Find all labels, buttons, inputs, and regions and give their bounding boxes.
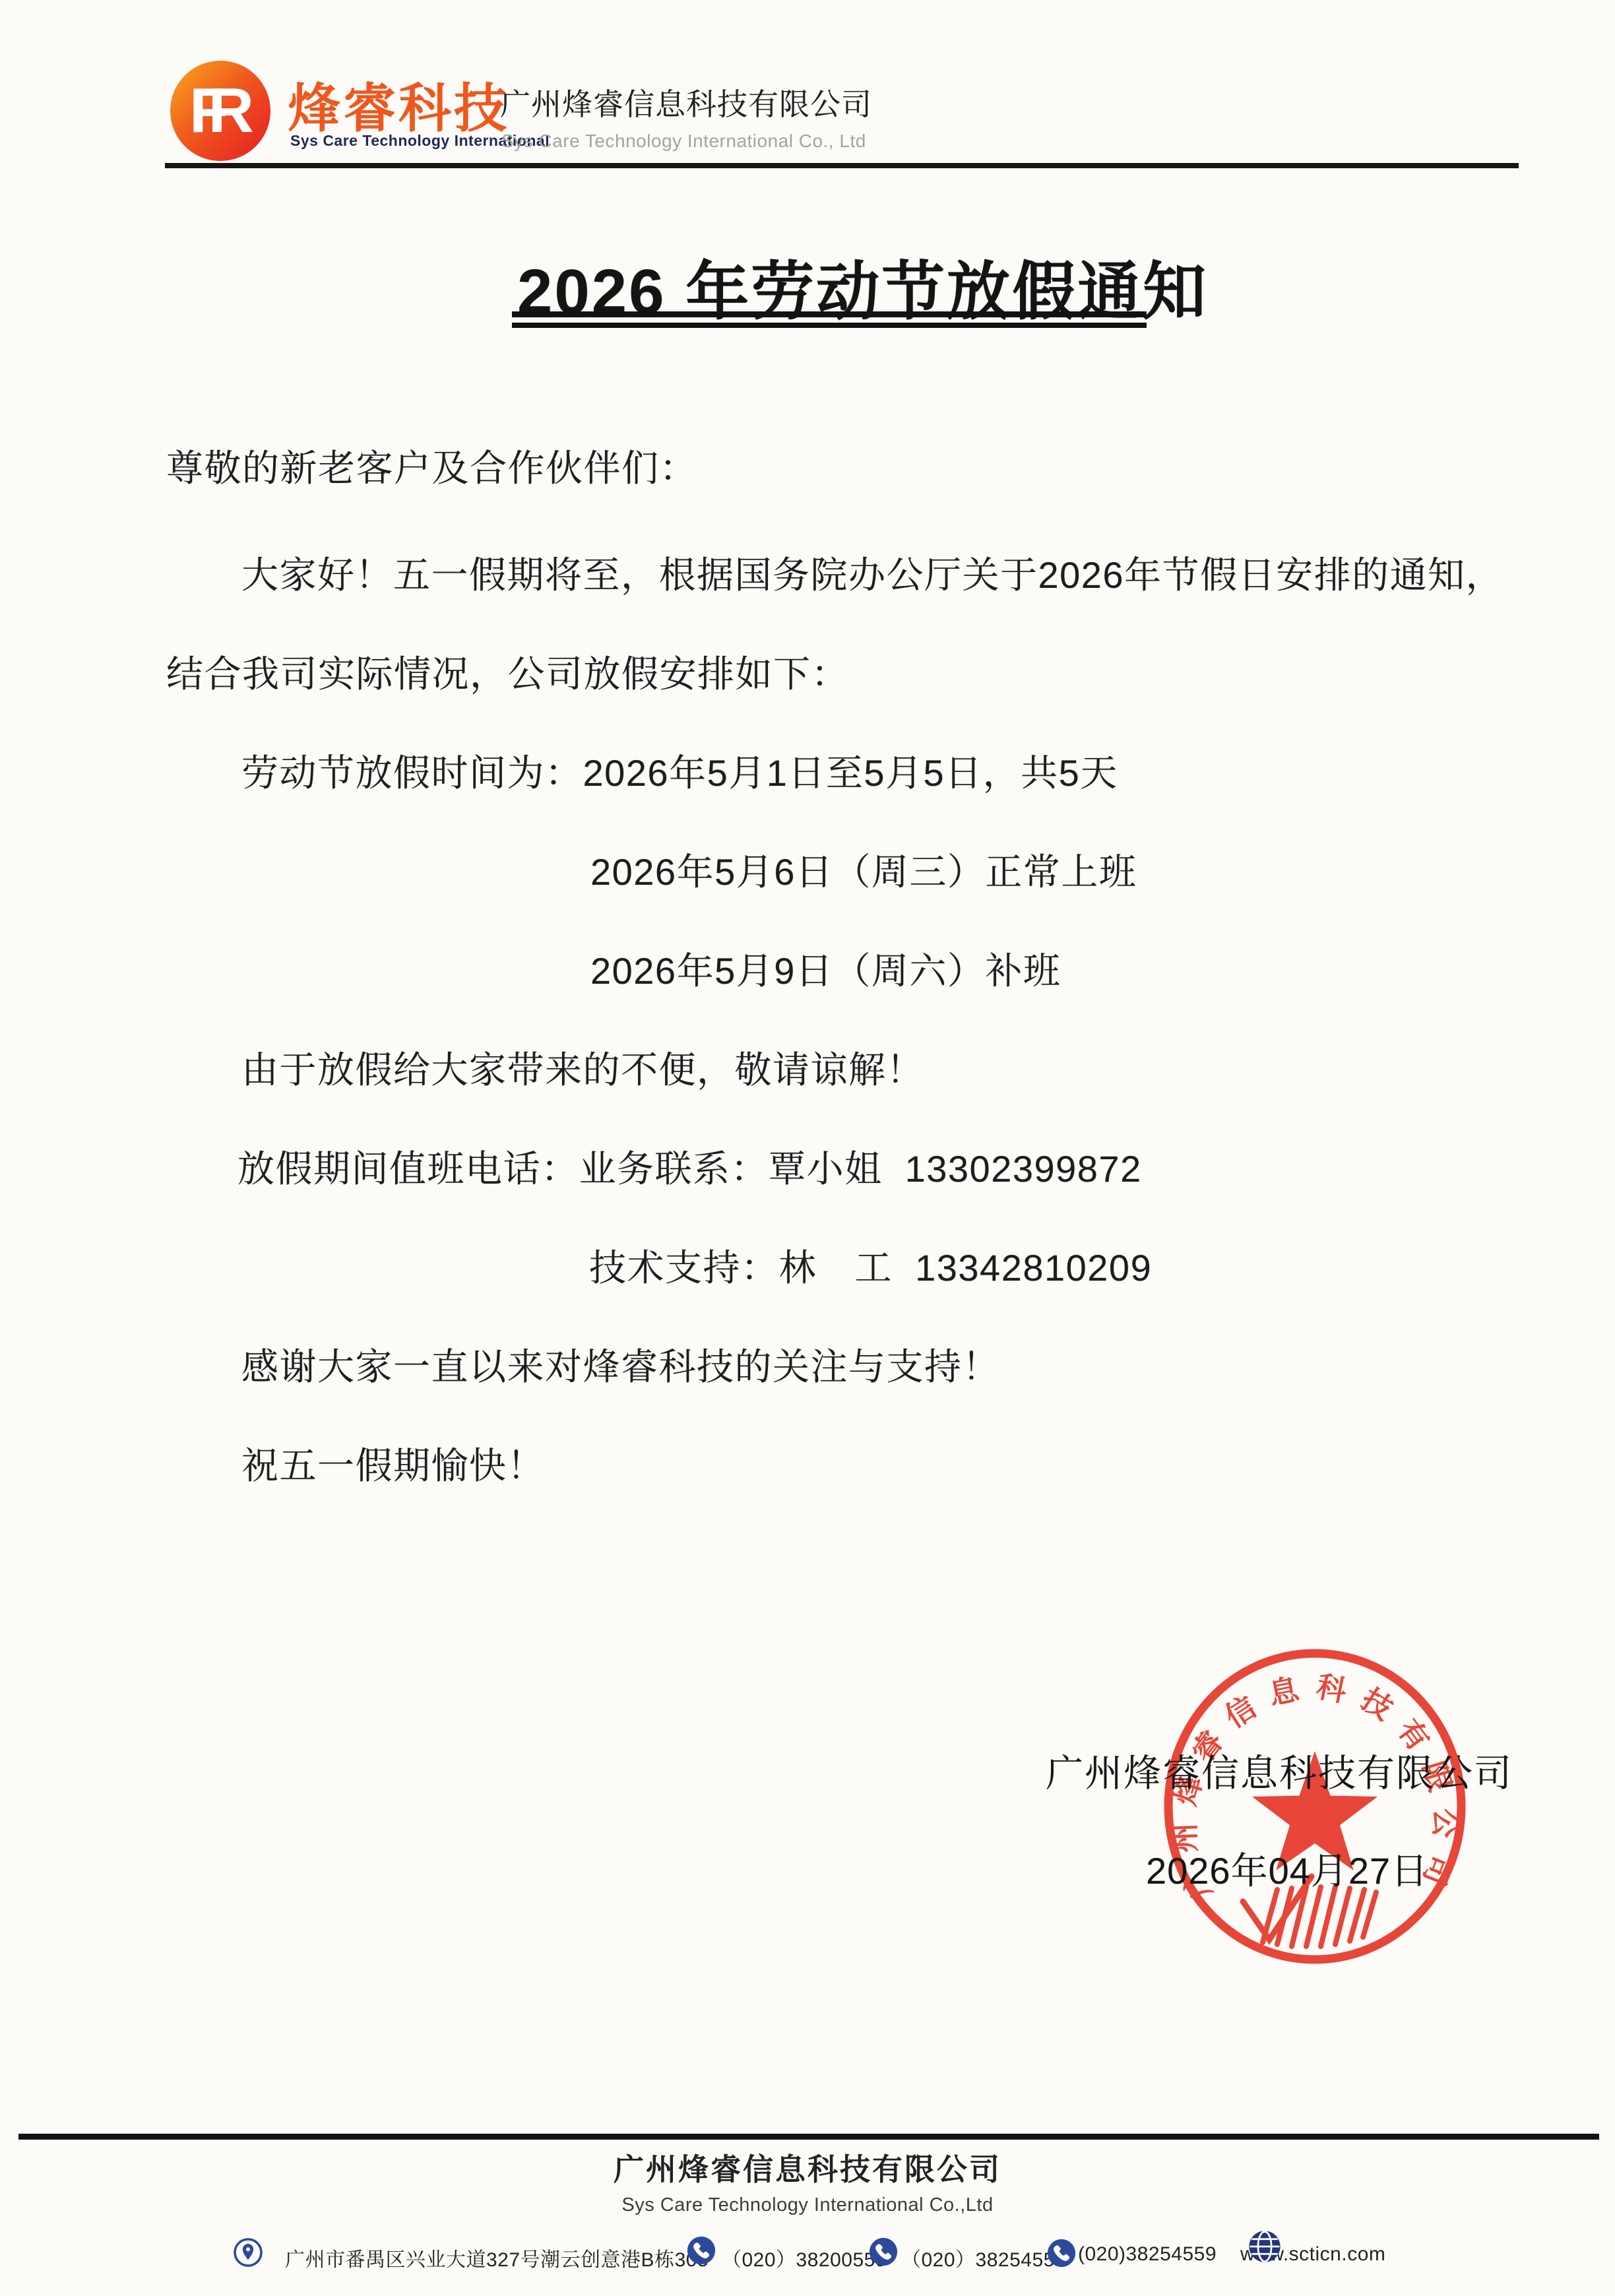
footer-company-cn: 广州烽睿信息科技有限公司 [0, 2146, 1615, 2189]
signature-date: 2026年04月27日 [1146, 1842, 1428, 1895]
duty-phone-line-1: 放假期间值班电话：业务联系：覃小姐 13302399872 [237, 1147, 1142, 1191]
header-divider [165, 163, 1519, 168]
signature-company-name: 广州烽睿信息科技有限公司 [1046, 1743, 1513, 1797]
footer-address: 广州市番禺区兴业大道327号潮云创意港B栋305 [285, 2243, 709, 2272]
thanks-line: 感谢大家一直以来对烽睿科技的关注与支持！ [241, 1345, 1000, 1389]
phone-icon [1046, 2238, 1077, 2268]
footer-divider [18, 2134, 1599, 2140]
duty-phone-line-2: 技术支持：林 工 13342810209 [589, 1246, 1152, 1290]
salutation-line: 尊敬的新老客户及合作伙伴们： [166, 446, 697, 490]
phone-icon [686, 2235, 716, 2266]
phone-icon [868, 2237, 899, 2267]
intro-line-2: 结合我司实际情况，公司放假安排如下： [166, 652, 849, 696]
header-company-name-en: Sys Care Technology International Co., L… [501, 131, 866, 152]
intro-line-1: 大家好！五一假期将至，根据国务院办公厅关于2026年节假日安排的通知， [241, 553, 1504, 597]
brand-name: 烽睿科技 [288, 66, 509, 142]
footer-phone-1: （020）38200559 [722, 2243, 887, 2272]
footer-company-en: Sys Care Technology International Co.,Lt… [0, 2194, 1615, 2216]
wishes-line: 祝五一假期愉快！ [241, 1444, 545, 1488]
header-company-name-cn: 广州烽睿信息科技有限公司 [500, 80, 872, 124]
document-page: FR 烽睿科技 Sys Care Technology Internationa… [0, 0, 1615, 2296]
company-stamp: 广州烽睿信息科技有限公司 [1158, 1644, 1471, 1969]
footer-phone-3: (020)38254559 [1078, 2243, 1217, 2266]
holiday-schedule-line-1: 劳动节放假时间为：2026年5月1日至5月5日，共5天 [241, 751, 1118, 795]
holiday-schedule-line-2: 2026年5月6日（周三）正常上班 [590, 850, 1137, 894]
footer-phone-2: （020）38254556 [901, 2243, 1066, 2272]
title-underline [512, 311, 1147, 328]
holiday-schedule-line-3: 2026年5月9日（周六）补班 [590, 949, 1061, 993]
location-pin-icon [232, 2237, 264, 2268]
apology-line: 由于放假给大家带来的不便，敬请谅解！ [241, 1048, 924, 1092]
globe-icon [1247, 2229, 1282, 2264]
logo-monogram: FR [189, 79, 251, 143]
company-logo: FR [170, 61, 270, 161]
